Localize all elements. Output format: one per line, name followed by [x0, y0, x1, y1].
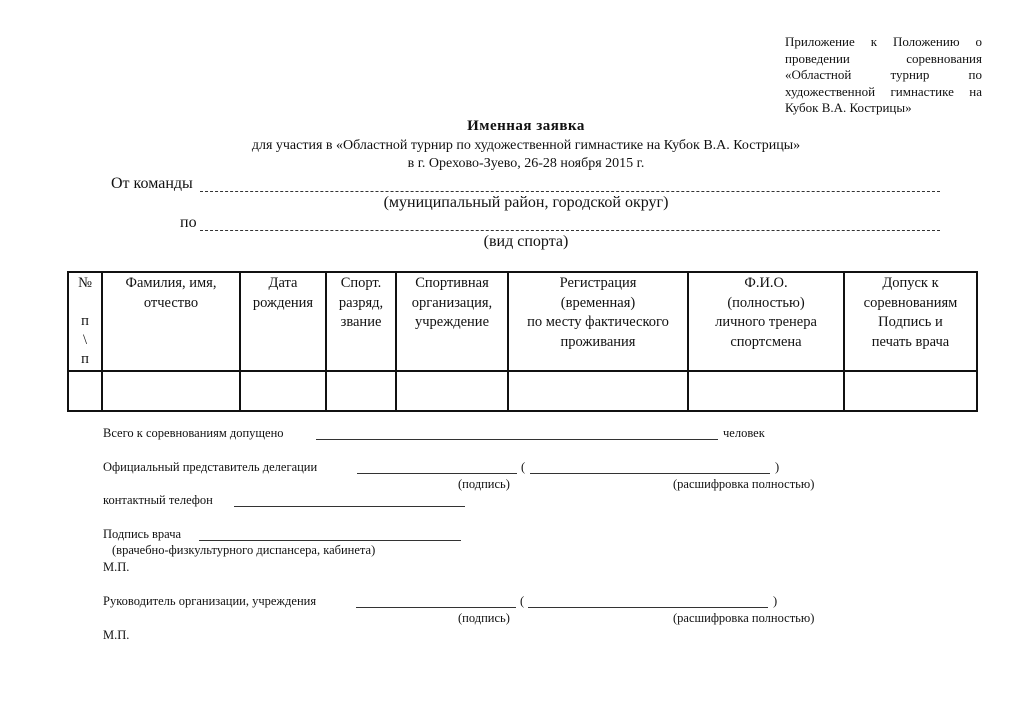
doctor-signature-line[interactable] — [199, 540, 461, 541]
cell-full-name[interactable] — [102, 371, 240, 411]
representative-label: Официальный представитель делегации — [103, 460, 317, 475]
annex-note: Приложение к Положению о проведении соре… — [785, 34, 982, 117]
open-paren: ( — [521, 460, 525, 475]
phone-input-line[interactable] — [234, 506, 465, 507]
head-name-line[interactable] — [528, 607, 768, 608]
total-unit: человек — [723, 426, 765, 441]
team-label: От команды — [111, 175, 193, 193]
annex-line: «Областной турнир по — [785, 67, 982, 84]
stamp-label: М.П. — [103, 628, 129, 643]
table-header-row: № п \ п Фамилия, имя, отчество Дата рожд… — [68, 272, 977, 371]
sport-label: по — [180, 214, 197, 232]
head-label: Руководитель организации, учреждения — [103, 594, 316, 609]
participants-table: № п \ п Фамилия, имя, отчество Дата рожд… — [67, 271, 978, 412]
subtitle-location: в г. Орехово-Зуево, 26-28 ноября 2015 г. — [0, 156, 1024, 172]
col-number: № п \ п — [68, 272, 102, 371]
sport-hint: (вид спорта) — [0, 233, 1024, 251]
annex-line: Приложение к Положению о — [785, 34, 982, 51]
close-paren: ) — [773, 594, 777, 609]
cell-registration[interactable] — [508, 371, 688, 411]
col-full-name: Фамилия, имя, отчество — [102, 272, 240, 371]
decode-hint: (расшифровка полностью) — [673, 477, 814, 492]
cell-coach[interactable] — [688, 371, 844, 411]
col-sport-rank: Спорт. разряд, звание — [326, 272, 396, 371]
phone-label: контактный телефон — [103, 493, 213, 508]
sport-input-line[interactable] — [200, 230, 940, 231]
col-admission: Допуск к соревнованиям Подпись и печать … — [844, 272, 977, 371]
open-paren: ( — [520, 594, 524, 609]
col-registration: Регистрация (временная) по месту фактиче… — [508, 272, 688, 371]
annex-line: проведении соревнования — [785, 51, 982, 68]
col-coach: Ф.И.О. (полностью) личного тренера спорт… — [688, 272, 844, 371]
doctor-label: Подпись врача — [103, 527, 181, 542]
table-row — [68, 371, 977, 411]
col-organization: Спортивная организация, учреждение — [396, 272, 508, 371]
total-input-line[interactable] — [316, 439, 718, 440]
cell-sport-rank[interactable] — [326, 371, 396, 411]
stamp-label: М.П. — [103, 560, 129, 575]
annex-line: Кубок В.А. Кострицы» — [785, 100, 982, 117]
decode-hint: (расшифровка полностью) — [673, 611, 814, 626]
representative-signature-line[interactable] — [357, 473, 517, 474]
total-label: Всего к соревнованиям допущено — [103, 426, 284, 441]
team-input-line[interactable] — [200, 191, 940, 192]
cell-birth-date[interactable] — [240, 371, 326, 411]
col-birth-date: Дата рождения — [240, 272, 326, 371]
signature-hint: (подпись) — [458, 611, 510, 626]
representative-name-line[interactable] — [530, 473, 770, 474]
page-title: Именная заявка — [0, 118, 1024, 135]
team-hint: (муниципальный район, городской округ) — [0, 194, 1024, 212]
subtitle-event: для участия в «Областной турнир по худож… — [0, 138, 1024, 154]
cell-number[interactable] — [68, 371, 102, 411]
close-paren: ) — [775, 460, 779, 475]
signature-hint: (подпись) — [458, 477, 510, 492]
doctor-hint: (врачебно-физкультурного диспансера, каб… — [112, 543, 375, 558]
head-signature-line[interactable] — [356, 607, 516, 608]
annex-line: художественной гимнастике на — [785, 84, 982, 101]
cell-organization[interactable] — [396, 371, 508, 411]
cell-admission[interactable] — [844, 371, 977, 411]
